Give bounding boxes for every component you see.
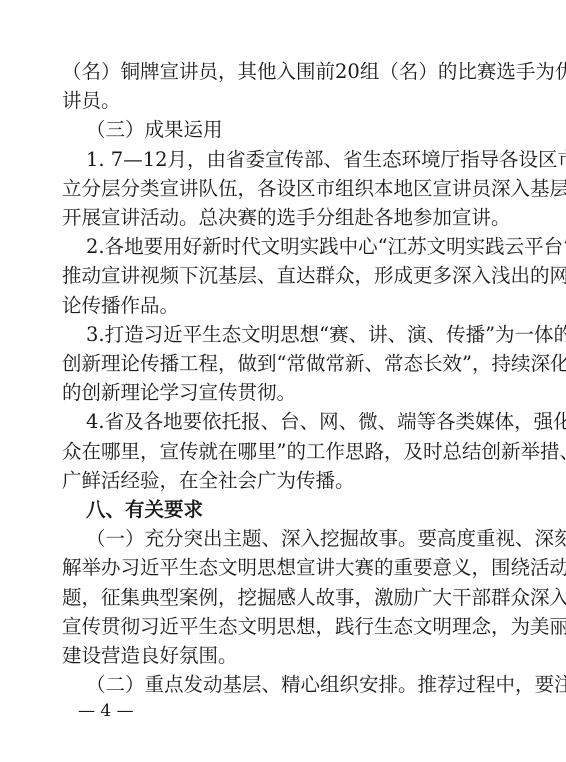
text-line: （一）充分突出主题、深入挖掘故事。要高度重视、深刻理 <box>86 524 494 553</box>
text-line: 开展宣讲活动。总决赛的选手分组赴各地参加宣讲。 <box>62 203 494 232</box>
text-line: 解举办习近平生态文明思想宣讲大赛的重要意义，围绕活动主 <box>62 553 494 582</box>
text-line: 立分层分类宣讲队伍，各设区市组织本地区宣讲员深入基层一线 <box>62 174 494 203</box>
text-line: 推动宣讲视频下沉基层、直达群众，形成更多深入浅出的网络理 <box>62 261 494 290</box>
text-line: （名）铜牌宣讲员，其他入围前20组（名）的比赛选手为优秀宣 <box>62 57 494 86</box>
text-line: 众在哪里，宣传就在哪里”的工作思路，及时总结创新举措、推 <box>62 437 494 466</box>
text-line: 1. 7—12月，由省委宣传部、省生态环境厅指导各设区市建 <box>86 145 494 174</box>
page-number: — 4 — <box>78 699 134 723</box>
text-line: 讲员。 <box>62 86 494 115</box>
section-heading: 八、有关要求 <box>86 495 494 524</box>
text-line: （二）重点发动基层、精心组织安排。推荐过程中，要注重 <box>86 670 494 699</box>
text-line: 宣传贯彻习近平生态文明思想，践行生态文明理念，为美丽江苏 <box>62 612 494 641</box>
text-line: 题，征集典型案例，挖掘感人故事，激励广大干部群众深入学习 <box>62 583 494 612</box>
text-line: 3.打造习近平生态文明思想“赛、讲、演、传播”为一体的 <box>86 320 494 349</box>
text-line: 建设营造良好氛围。 <box>62 641 494 670</box>
text-line: 论传播作品。 <box>62 291 494 320</box>
text-line: 创新理论传播工程，做到“常做常新、常态长效”，持续深化党 <box>62 349 494 378</box>
text-line: 广鲜活经验，在全社会广为传播。 <box>62 466 494 495</box>
document-page: （名）铜牌宣讲员，其他入围前20组（名）的比赛选手为优秀宣讲员。（三）成果运用1… <box>0 0 566 762</box>
text-line: （三）成果运用 <box>86 115 494 144</box>
text-line: 2.各地要用好新时代文明实践中心“江苏文明实践云平台”， <box>86 232 494 261</box>
text-line: 4.省及各地要依托报、台、网、微、端等各类媒体，强化“群 <box>86 407 494 436</box>
text-line: 的创新理论学习宣传贯彻。 <box>62 378 494 407</box>
